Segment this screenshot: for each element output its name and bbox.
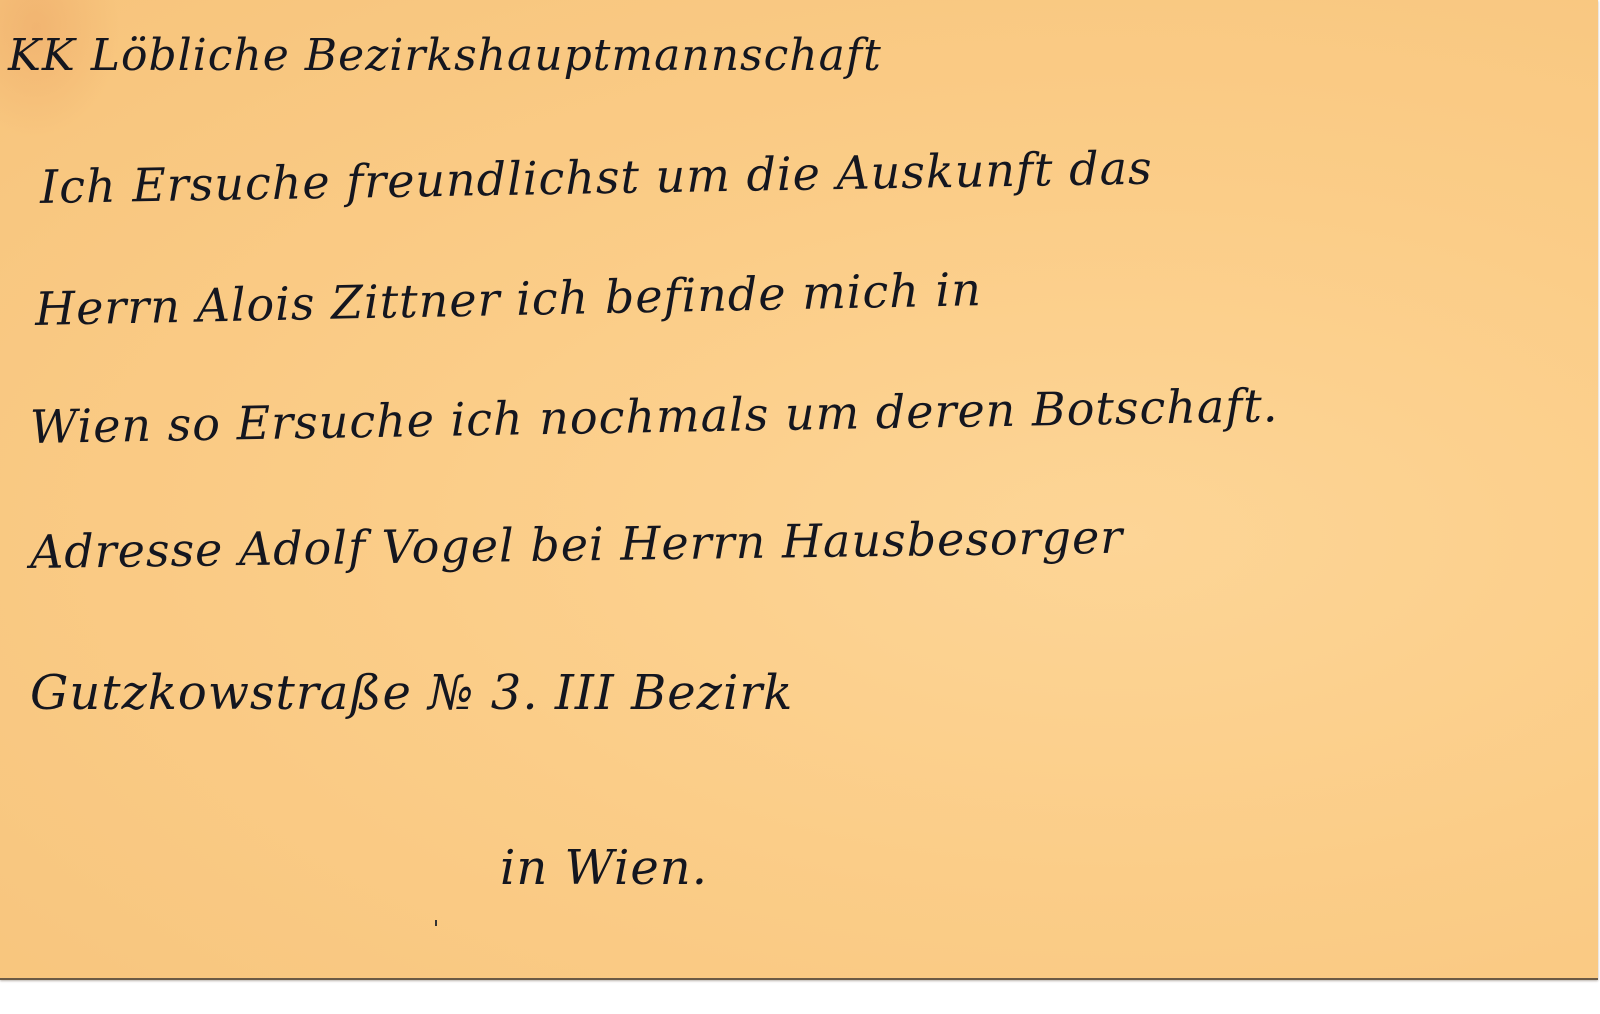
body-line-1: Ich Ersuche freundlichst um die Auskunft…: [40, 141, 1154, 214]
body-line-4: Adresse Adolf Vogel bei Herrn Hausbesorg…: [30, 510, 1124, 579]
closing-line: in Wien.: [500, 840, 708, 896]
ink-speck: [435, 920, 437, 926]
body-line-3: Wien so Ersuche ich nochmals um deren Bo…: [30, 378, 1279, 454]
address-line-1: KK Löbliche Bezirkshauptmannschaft: [8, 30, 882, 81]
body-line-5: Gutzkowstraße № 3. III Bezirk: [30, 665, 793, 721]
body-line-2: Herrn Alois Zittner ich befinde mich in: [34, 262, 982, 336]
postcard: KK Löbliche Bezirkshauptmannschaft Ich E…: [0, 0, 1598, 980]
